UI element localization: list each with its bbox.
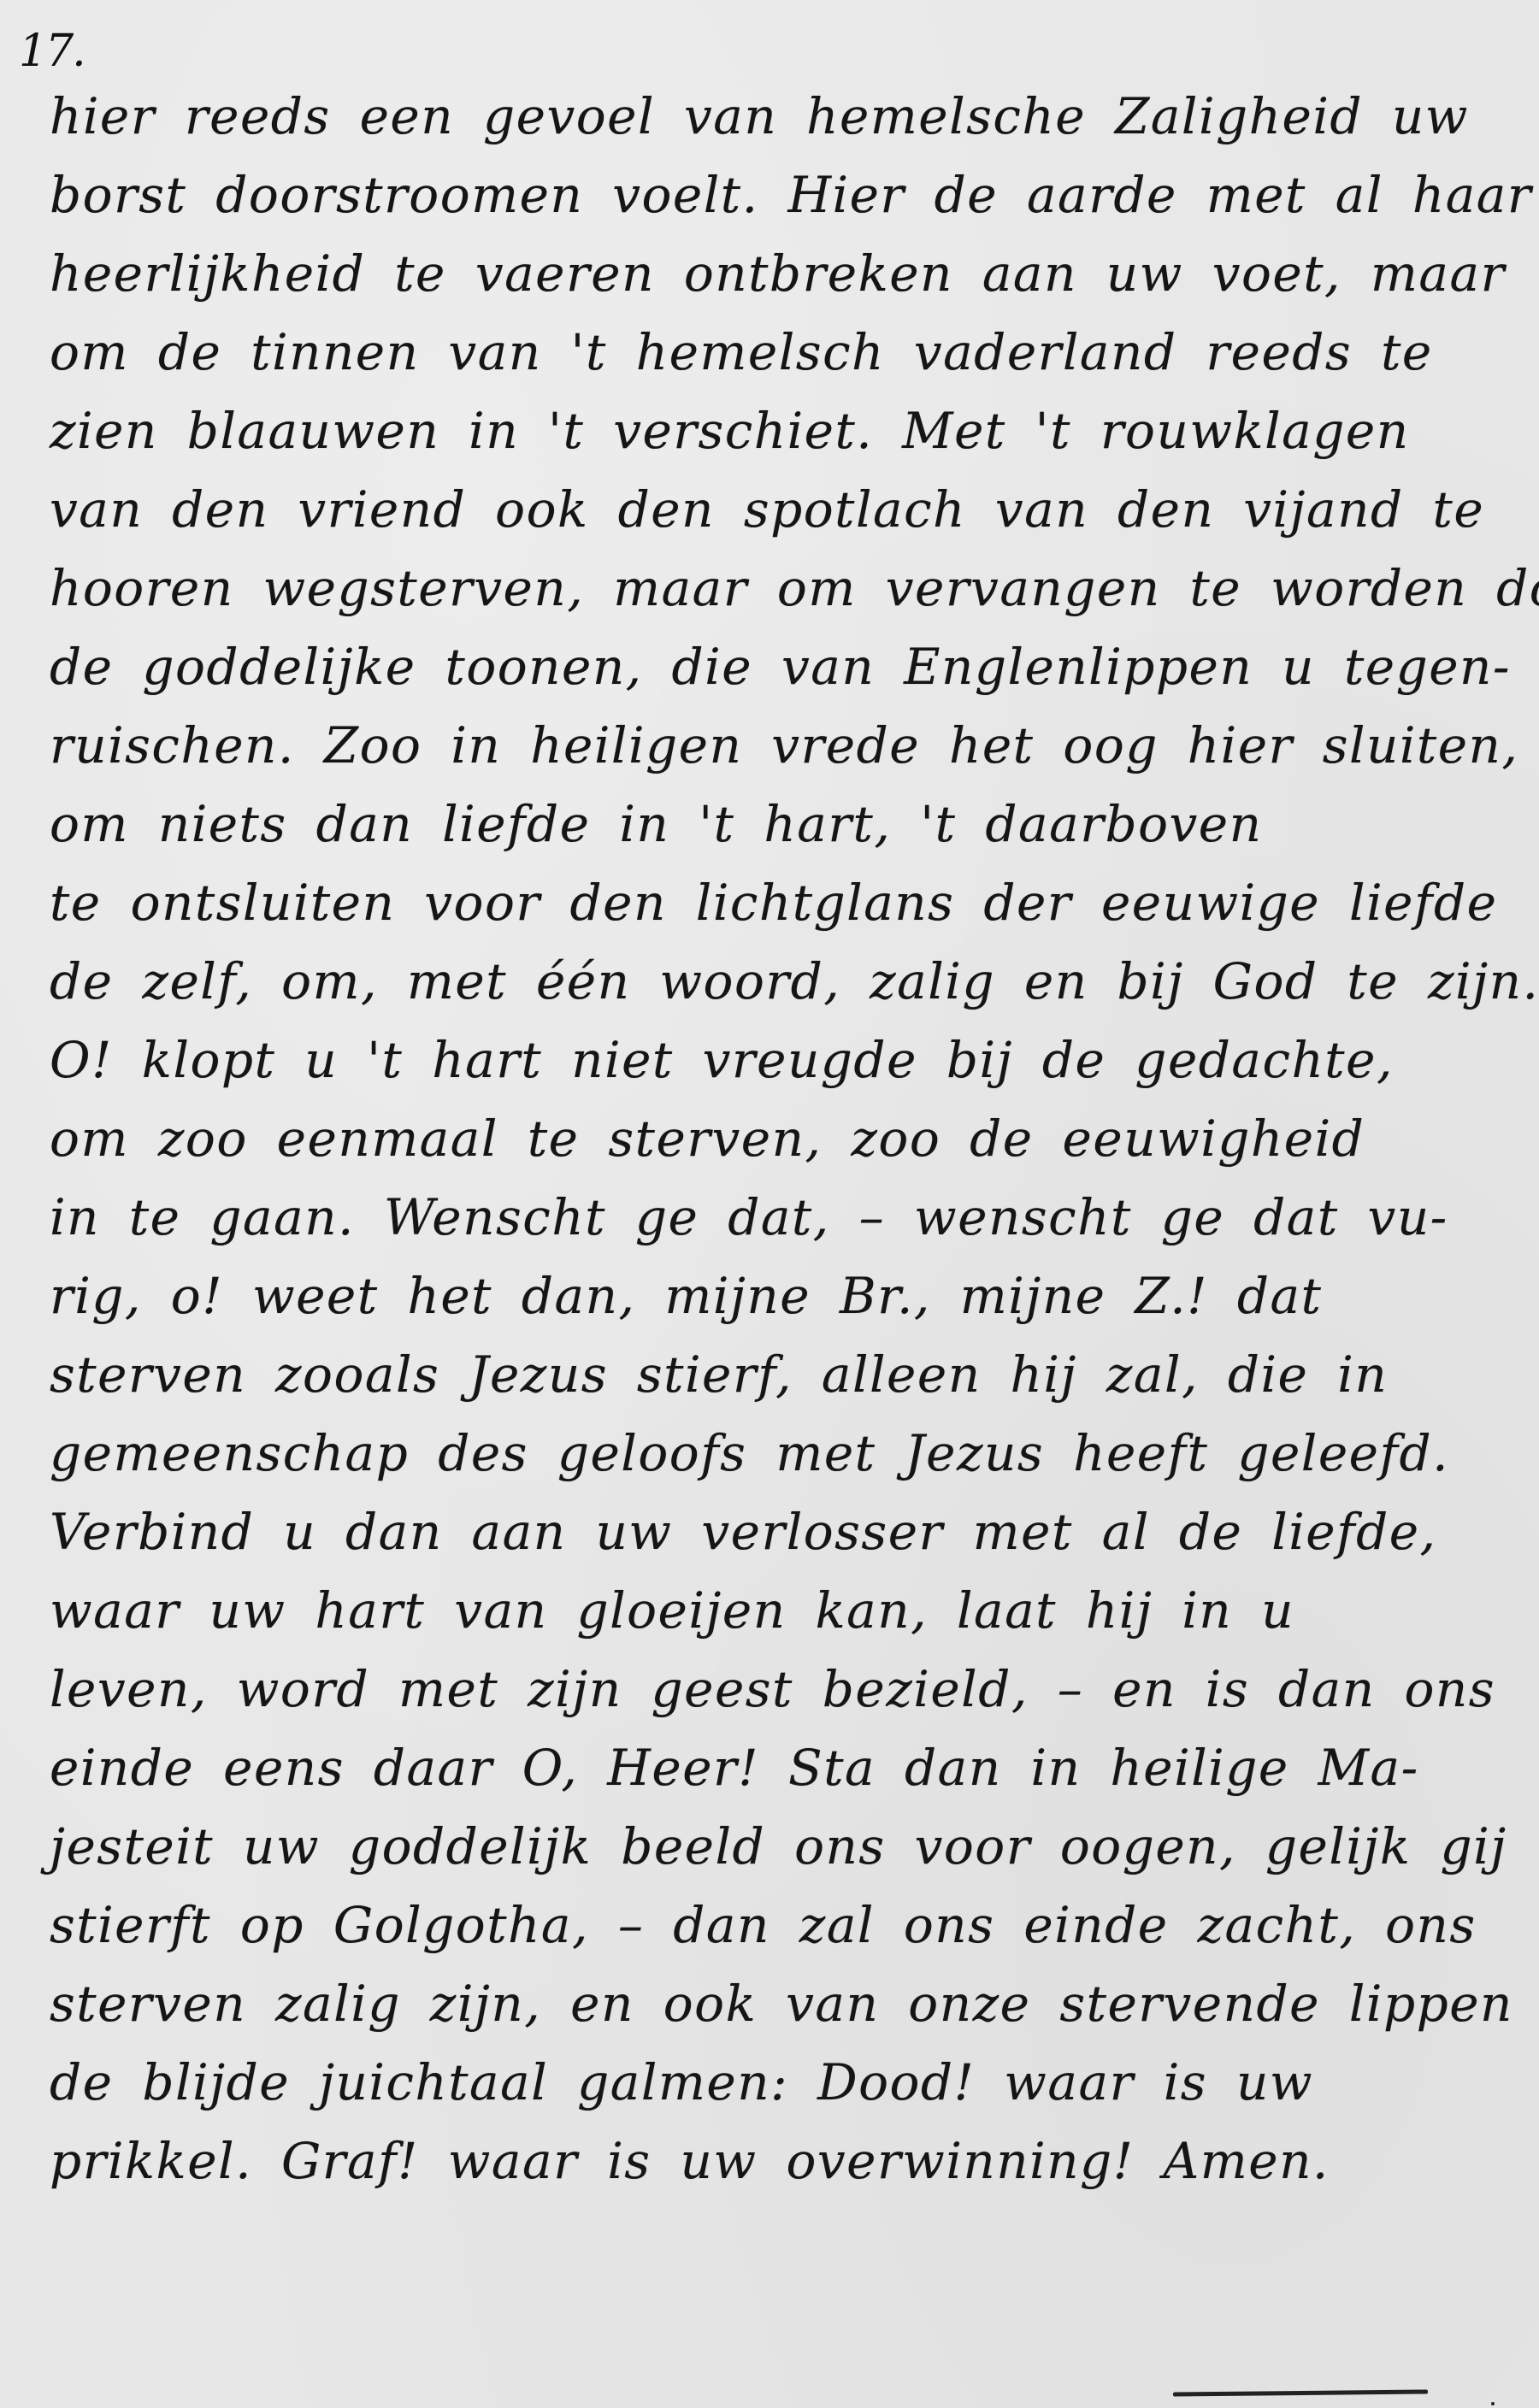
manuscript-text-body: hier reeds een gevoel van hemelsche Zali… [50, 77, 1503, 2200]
text-line: de zelf, om, met één woord, zalig en bij… [50, 942, 1503, 1021]
text-line: Verbind u dan aan uw verlosser met al de… [50, 1492, 1503, 1571]
text-line: stierft op Golgotha, – dan zal ons einde… [50, 1886, 1503, 1964]
text-line: rig, o! weet het dan, mijne Br., mijne Z… [50, 1257, 1503, 1335]
text-line: leven, word met zijn geest bezield, – en… [50, 1650, 1503, 1728]
text-line: zien blaauwen in 't verschiet. Met 't ro… [50, 392, 1503, 470]
text-line: hier reeds een gevoel van hemelsche Zali… [50, 77, 1503, 156]
closing-dot [1491, 2402, 1495, 2405]
text-line: jesteit uw goddelijk beeld ons voor ooge… [50, 1807, 1503, 1886]
text-line: om niets dan liefde in 't hart, 't daarb… [50, 785, 1503, 863]
text-line: einde eens daar O, Heer! Sta dan in heil… [50, 1728, 1503, 1807]
text-line: heerlijkheid te vaeren ontbreken aan uw … [50, 234, 1503, 313]
text-line: prikkel. Graf! waar is uw overwinning! A… [50, 2122, 1503, 2200]
manuscript-page: 17. hier reeds een gevoel van hemelsche … [0, 0, 1539, 2408]
text-line: gemeenschap des geloofs met Jezus heeft … [50, 1414, 1503, 1492]
text-line: de goddelijke toonen, die van Englenlipp… [50, 627, 1503, 706]
text-line: om de tinnen van 't hemelsch vaderland r… [50, 313, 1503, 392]
text-line: hooren wegsterven, maar om vervangen te … [50, 549, 1503, 627]
text-line: waar uw hart van gloeijen kan, laat hij … [50, 1571, 1503, 1650]
text-line: te ontsluiten voor den lichtglans der ee… [50, 863, 1503, 942]
text-line: de blijde juichtaal galmen: Dood! waar i… [50, 2043, 1503, 2122]
text-line: om zoo eenmaal te sterven, zoo de eeuwig… [50, 1099, 1503, 1178]
text-line: van den vriend ook den spotlach van den … [50, 470, 1503, 549]
closing-flourish-rule [1173, 2389, 1428, 2396]
text-line: borst doorstroomen voelt. Hier de aarde … [50, 156, 1503, 234]
text-line: ruischen. Zoo in heiligen vrede het oog … [50, 706, 1503, 785]
page-number: 17. [19, 26, 85, 77]
text-line: in te gaan. Wenscht ge dat, – wenscht ge… [50, 1178, 1503, 1257]
text-line: sterven zalig zijn, en ook van onze ster… [50, 1964, 1503, 2043]
text-line: O! klopt u 't hart niet vreugde bij de g… [50, 1021, 1503, 1099]
text-line: sterven zooals Jezus stierf, alleen hij … [50, 1335, 1503, 1414]
